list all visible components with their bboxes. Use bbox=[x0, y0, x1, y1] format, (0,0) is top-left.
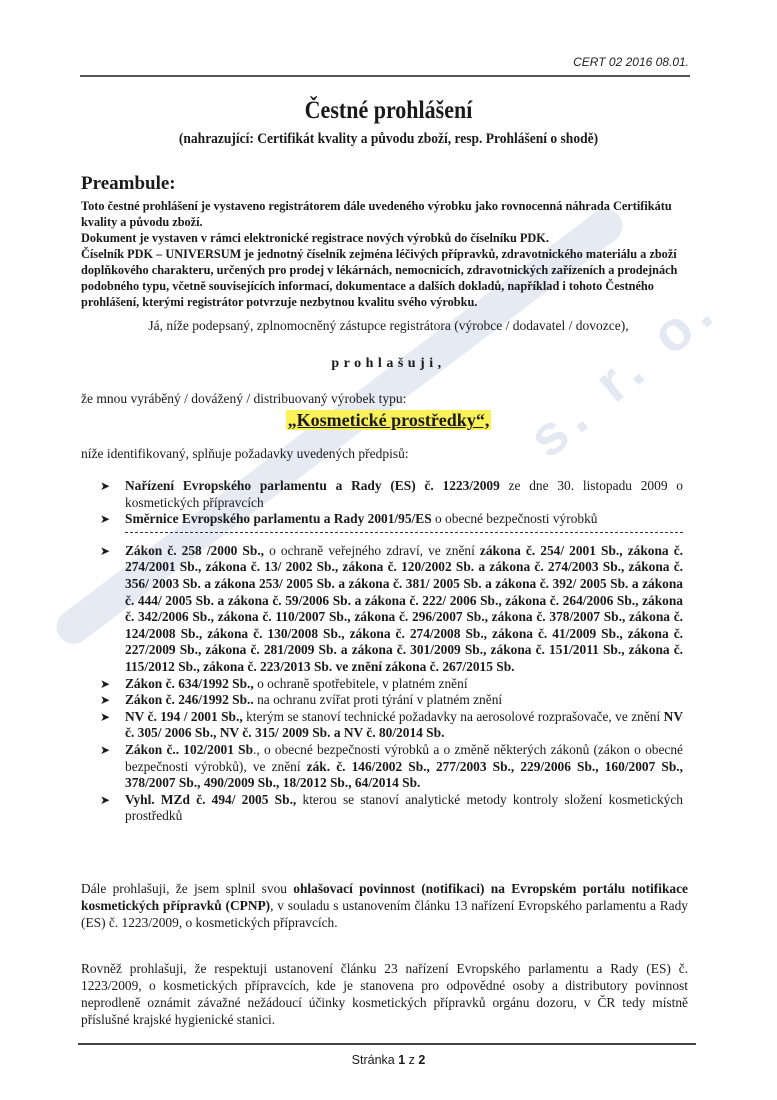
regulation-item: ➤NV č. 194 / 2001 Sb., kterým se stanoví… bbox=[100, 709, 683, 742]
preamble-text: Toto čestné prohlášení je vystaveno regi… bbox=[81, 198, 701, 310]
regulation-text: o ochraně spotřebitele, v platném znění bbox=[254, 676, 468, 691]
regulation-item: ➤Nařízení Evropského parlamentu a Rady (… bbox=[100, 478, 683, 511]
preamble-paragraph: Toto čestné prohlášení je vystaveno regi… bbox=[81, 198, 701, 230]
reporting-paragraph: Rovněž prohlašuji, že respektuji ustanov… bbox=[81, 960, 688, 1028]
arrow-bullet-icon: ➤ bbox=[100, 676, 110, 693]
regulation-reference: Zákon č.. 102/2001 Sb bbox=[125, 742, 253, 757]
document-subtitle: (nahrazující: Certifikát kvality a původ… bbox=[39, 131, 738, 148]
regulation-text: kterým se stanoví technické požadavky na… bbox=[243, 709, 664, 724]
current-page: 1 bbox=[398, 1053, 405, 1067]
document-title: Čestné prohlášení bbox=[47, 97, 731, 125]
regulation-reference: Zákon č. 246/1992 Sb.. bbox=[125, 692, 254, 707]
regulation-reference: NV č. 194 / 2001 Sb., bbox=[125, 709, 243, 724]
regulation-item: ➤Vyhl. MZd č. 494/ 2005 Sb., kterou se s… bbox=[100, 792, 683, 825]
dashed-separator bbox=[125, 532, 683, 533]
regulation-reference: zákona č. 254/ 2001 Sb., zákona č. 274/2… bbox=[125, 543, 683, 674]
regulation-item: ➤Zákon č. 258 /2000 Sb., o ochraně veřej… bbox=[100, 543, 683, 676]
regulation-item: ➤Směrnice Evropského parlamentu a Rady 2… bbox=[100, 511, 683, 528]
regulation-text: o obecné bezpečnosti výrobků bbox=[432, 511, 598, 526]
declarant-line: Já, níže podepsaný, zplnomocněný zástupc… bbox=[0, 318, 777, 334]
regulation-reference: Zákon č. 634/1992 Sb., bbox=[125, 676, 254, 691]
regulation-item: ➤Zákon č. 634/1992 Sb., o ochraně spotře… bbox=[100, 676, 683, 693]
regulation-reference: Zákon č. 258 /2000 Sb., bbox=[125, 543, 264, 558]
arrow-bullet-icon: ➤ bbox=[100, 511, 110, 528]
arrow-bullet-icon: ➤ bbox=[100, 742, 110, 759]
arrow-bullet-icon: ➤ bbox=[100, 478, 110, 495]
product-type: „Kosmetické prostředky“, bbox=[0, 410, 777, 431]
paragraph-text: Dále prohlašuji, že jsem splnil svou bbox=[81, 881, 293, 896]
product-type-highlight: „Kosmetické prostředky“, bbox=[286, 410, 492, 430]
page-number: Stránka 1 z 2 bbox=[0, 1053, 777, 1067]
product-intro: že mnou vyráběný / dovážený / distribuov… bbox=[81, 391, 406, 407]
header-divider bbox=[80, 75, 690, 77]
footer-divider bbox=[78, 1043, 696, 1045]
document-code: CERT 02 2016 08.01. bbox=[573, 55, 689, 69]
preamble-paragraph: Číselník PDK – UNIVERSUM je jednotný čís… bbox=[81, 246, 701, 310]
total-pages: 2 bbox=[418, 1053, 425, 1067]
regulations-list: ➤Nařízení Evropského parlamentu a Rady (… bbox=[100, 478, 683, 825]
page-separator: z bbox=[409, 1053, 415, 1067]
preamble-heading: Preambule: bbox=[81, 173, 176, 195]
arrow-bullet-icon: ➤ bbox=[100, 792, 110, 809]
regulation-text: na ochranu zvířat proti týrání v platném… bbox=[254, 692, 502, 707]
arrow-bullet-icon: ➤ bbox=[100, 709, 110, 726]
declare-word: prohlašuji, bbox=[0, 356, 777, 372]
regulation-text: o ochraně veřejného zdraví, ve znění bbox=[264, 543, 480, 558]
page-label: Stránka bbox=[352, 1053, 395, 1067]
complies-line: níže identifikovaný, splňuje požadavky u… bbox=[81, 446, 409, 462]
notification-paragraph: Dále prohlašuji, že jsem splnil svou ohl… bbox=[81, 880, 688, 931]
preamble-paragraph: Dokument je vystaven v rámci elektronick… bbox=[81, 230, 701, 246]
regulation-item: ➤Zákon č.. 102/2001 Sb., o obecné bezpeč… bbox=[100, 742, 683, 792]
regulation-reference: Vyhl. MZd č. 494/ 2005 Sb., bbox=[125, 792, 296, 807]
arrow-bullet-icon: ➤ bbox=[100, 692, 110, 709]
regulation-reference: Nařízení Evropského parlamentu a Rady (E… bbox=[125, 478, 500, 493]
arrow-bullet-icon: ➤ bbox=[100, 543, 110, 560]
regulation-item: ➤Zákon č. 246/1992 Sb.. na ochranu zvířa… bbox=[100, 692, 683, 709]
regulation-reference: Směrnice Evropského parlamentu a Rady 20… bbox=[125, 511, 432, 526]
